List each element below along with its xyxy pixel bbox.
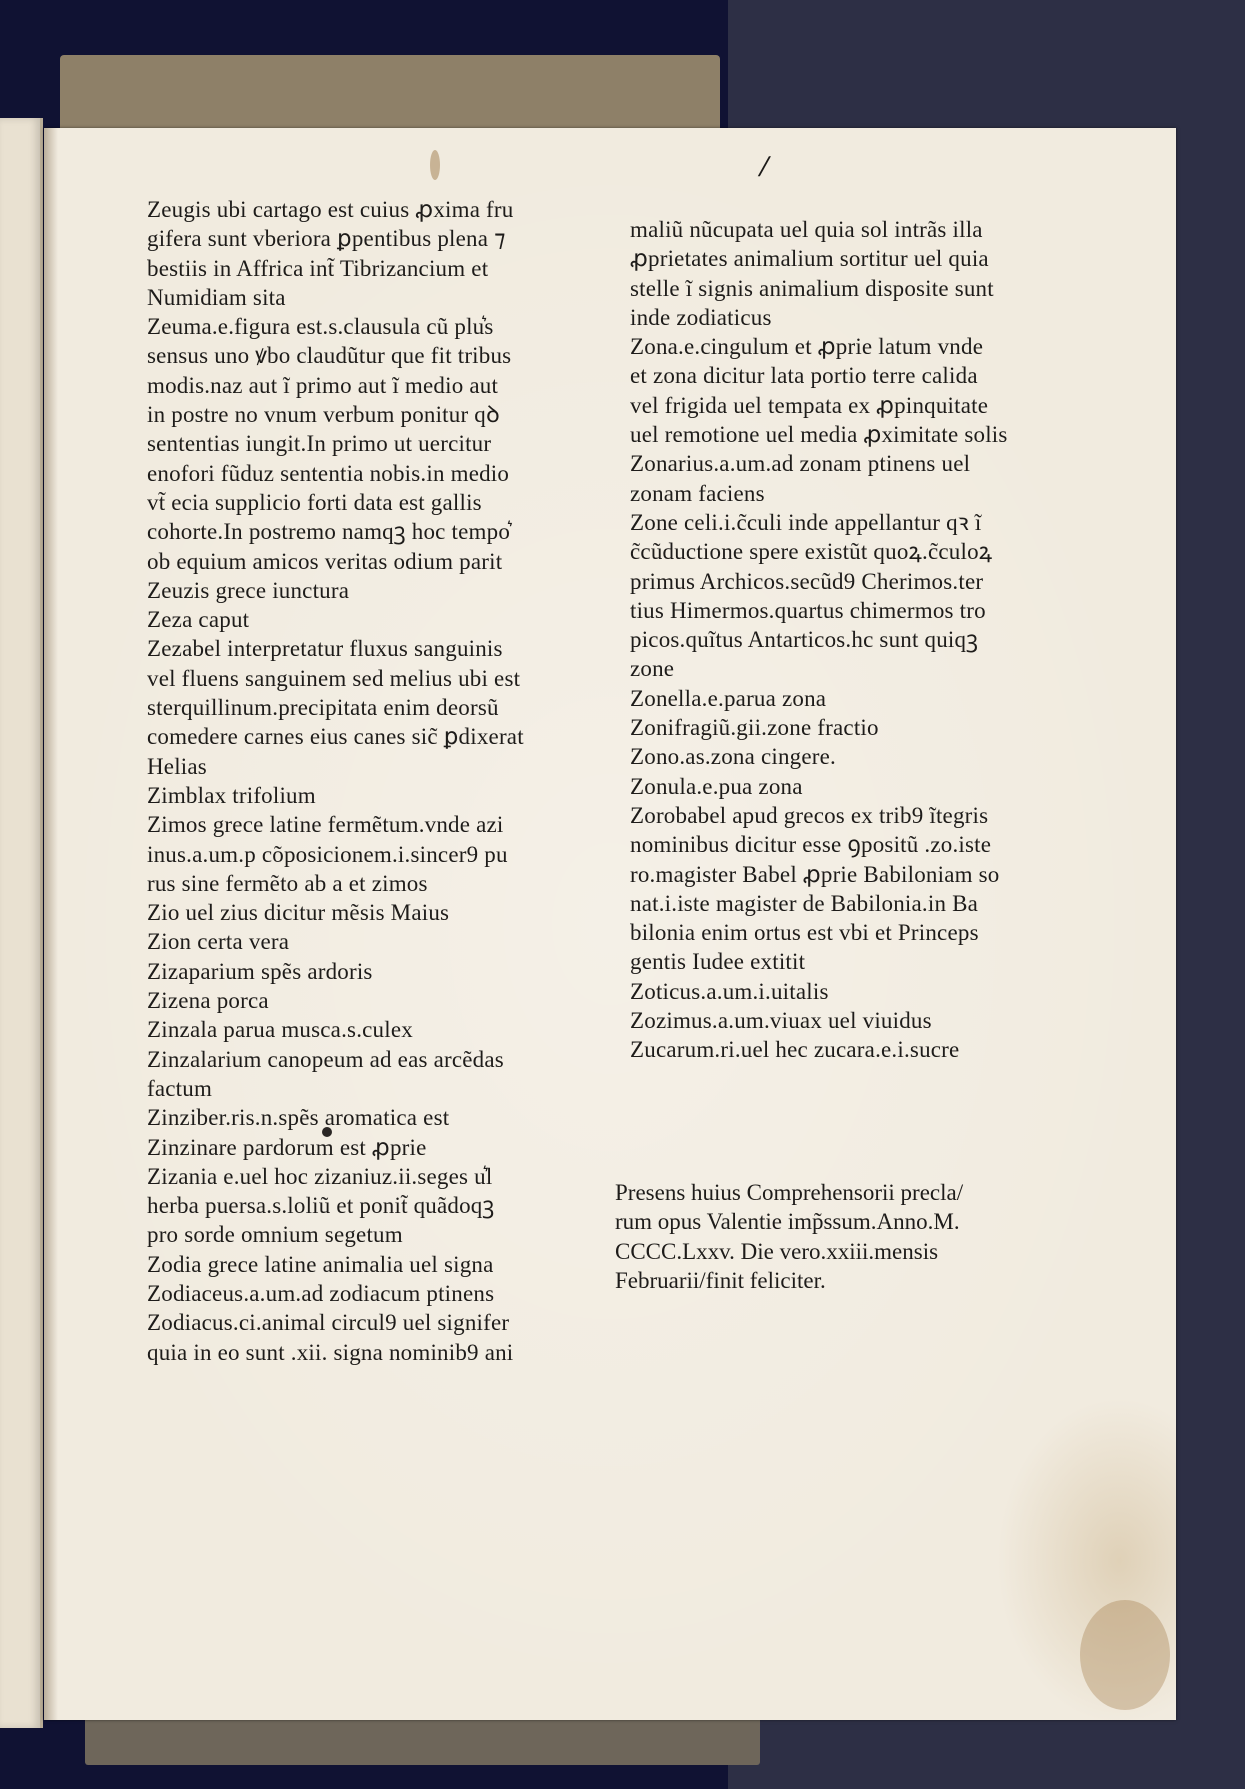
text-line: sterquillinum.precipitata enim deorsũ: [147, 693, 567, 722]
text-line: Zeuzis grece iunctura: [147, 576, 567, 605]
text-line: Zeuma.e.figura est.s.clausula cũ plu͛s: [147, 312, 567, 341]
text-line: Zimos grece latine fermẽtum.vnde azi: [147, 810, 567, 839]
text-line: Zio uel zius dicitur mẽsis Maius: [147, 898, 567, 927]
text-line: zonam faciens: [630, 479, 1030, 508]
text-line: ro.magister Babel ꝓprie Babiloniam so: [630, 860, 1030, 889]
text-line: tius Himermos.quartus chimermos tro: [630, 596, 1030, 625]
colophon-line: rum opus Valentie imp̃ssum.Anno.M.: [615, 1207, 963, 1236]
ink-blot: [322, 1127, 332, 1137]
text-line: inus.a.um.p cõposicionem.i.sincer9 pu: [147, 840, 567, 869]
text-line: ob equium amicos veritas odium parit: [147, 547, 567, 576]
colophon-line: Februarii/finit feliciter.: [615, 1266, 963, 1295]
text-line: Zezabel interpretatur fluxus sanguinis: [147, 634, 567, 663]
water-stain: [1080, 1600, 1170, 1710]
text-line: enofori fũduz sententia nobis.in medio: [147, 459, 567, 488]
text-line: uel remotione uel media ꝓximitate solis: [630, 420, 1030, 449]
text-line: vel fluens sanguinem sed melius ubi est: [147, 664, 567, 693]
text-line: Zimblax trifolium: [147, 781, 567, 810]
text-line: sententias iungit.In primo ut uercitur: [147, 429, 567, 458]
text-line: ꝓprietates animalium sortitur uel quia: [630, 244, 1030, 273]
text-line: sensus uno ꝟbo claudũtur que fit tribus: [147, 341, 567, 370]
page-gutter-shadow: [44, 128, 58, 1720]
text-line: factum: [147, 1074, 567, 1103]
text-line: Zinzalarium canopeum ad eas arcẽdas: [147, 1045, 567, 1074]
text-line: in postre no vnum verbum ponitur qꝺ: [147, 400, 567, 429]
right-text-column: maliũ nũcupata uel quia sol intrãs illaꝓ…: [630, 215, 1030, 1065]
text-line: c̃cũductione spere existũt quoꝝ.c̃culoꝝ: [630, 537, 1030, 566]
foxing-mark: [430, 150, 440, 180]
facing-page-edge: [0, 118, 43, 1728]
left-text-column: Zeugis ubi cartago est cuius ꝓxima frugi…: [147, 195, 567, 1367]
text-line: Zono.as.zona cingere.: [630, 742, 1030, 771]
text-line: Zorobabel apud grecos ex trib9 ĩtegris: [630, 801, 1030, 830]
text-line: Zoticus.a.um.i.uitalis: [630, 977, 1030, 1006]
text-line: Zona.e.cingulum et ꝓprie latum vnde: [630, 332, 1030, 361]
text-line: Numidiam sita: [147, 283, 567, 312]
text-line: Zonella.e.parua zona: [630, 684, 1030, 713]
text-line: herba puersa.s.loliũ et ponit̃ quãdoqꝫ: [147, 1191, 567, 1220]
text-line: picos.quĩtus Antarticos.hc sunt quiqꝫ: [630, 625, 1030, 654]
text-line: Zodiaceus.a.um.ad zodiacum ptinens: [147, 1279, 567, 1308]
text-line: maliũ nũcupata uel quia sol intrãs illa: [630, 215, 1030, 244]
colophon: Presens huius Comprehensorii precla/rum …: [615, 1178, 963, 1295]
text-line: modis.naz aut ĩ primo aut ĩ medio aut: [147, 371, 567, 400]
text-line: Zizania e.uel hoc zizaniuz.ii.seges u͛l: [147, 1162, 567, 1191]
text-line: stelle ĩ signis animalium disposite sunt: [630, 274, 1030, 303]
text-line: Zinzinare pardorum est ꝓprie: [147, 1133, 567, 1162]
text-line: Zozimus.a.um.viuax uel viuidus: [630, 1006, 1030, 1035]
text-line: vt̃ ecia supplicio forti data est gallis: [147, 488, 567, 517]
text-line: Zeugis ubi cartago est cuius ꝓxima fru: [147, 195, 567, 224]
text-line: Zone celi.i.c̃culi inde appellantur qꝛ ĩ: [630, 508, 1030, 537]
text-line: Zonarius.a.um.ad zonam ptinens uel: [630, 449, 1030, 478]
text-line: Zeza caput: [147, 605, 567, 634]
text-line: Zucarum.ri.uel hec zucara.e.i.sucre: [630, 1035, 1030, 1064]
text-line: gentis Iudee extitit: [630, 947, 1030, 976]
text-line: Zizaparium spẽs ardoris: [147, 957, 567, 986]
text-line: inde zodiaticus: [630, 303, 1030, 332]
text-line: cohorte.In postremo namqꝫ hoc tempo͛: [147, 517, 567, 546]
text-line: nat.i.iste magister de Babilonia.in Ba: [630, 889, 1030, 918]
text-line: gifera sunt vberiora ꝑpentibus plena ⁊: [147, 224, 567, 253]
text-line: Helias: [147, 752, 567, 781]
colophon-line: CCCC.Lxxv. Die vero.xxiii.mensis: [615, 1237, 963, 1266]
text-line: rus sine fermẽto ab a et zimos: [147, 869, 567, 898]
text-line: zone: [630, 654, 1030, 683]
text-line: Zion certa vera: [147, 927, 567, 956]
text-line: vel frigida uel tempata ex ꝓpinquitate: [630, 391, 1030, 420]
text-line: bilonia enim ortus est vbi et Princeps: [630, 918, 1030, 947]
text-line: bestiis in Affrica int̃ Tibrizancium et: [147, 254, 567, 283]
text-line: Zodia grece latine animalia uel signa: [147, 1250, 567, 1279]
text-line: Zodiacus.ci.animal circul9 uel signifer: [147, 1308, 567, 1337]
text-line: primus Archicos.secũd9 Cherimos.ter: [630, 567, 1030, 596]
text-line: pro sorde omnium segetum: [147, 1220, 567, 1249]
text-line: Zonifragiũ.gii.zone fractio: [630, 713, 1030, 742]
text-line: Zizena porca: [147, 986, 567, 1015]
text-line: nominibus dicitur esse ꝯpositũ .zo.iste: [630, 830, 1030, 859]
colophon-line: Presens huius Comprehensorii precla/: [615, 1178, 963, 1207]
text-line: Zonula.e.pua zona: [630, 772, 1030, 801]
text-line: Zinzala parua musca.s.culex: [147, 1015, 567, 1044]
text-line: quia in eo sunt .xii. signa nominib9 ani: [147, 1338, 567, 1367]
text-line: Zinziber.ris.n.spẽs aromatica est: [147, 1103, 567, 1132]
text-line: comedere carnes eius canes sic̃ ꝑdixerat: [147, 722, 567, 751]
text-line: et zona dicitur lata portio terre calida: [630, 361, 1030, 390]
